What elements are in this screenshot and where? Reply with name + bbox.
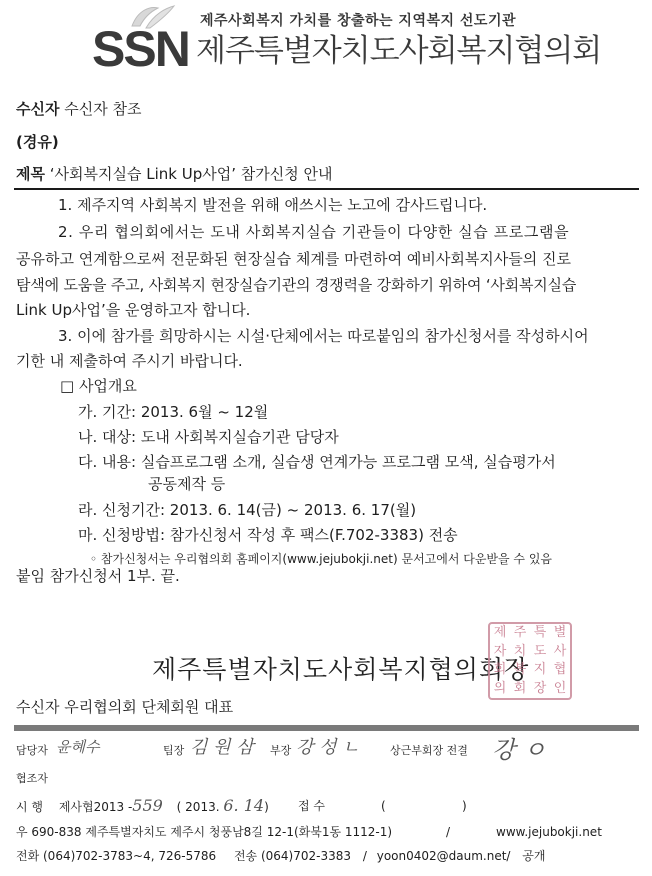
subject-value: ‘사회복지실습 Link Up사업’ 참가신청 안내 (50, 165, 333, 183)
official-seal-stamp: 제 주 특 별 자 치 도 사 회 복 지 협 의 회 장 인 (488, 622, 572, 700)
overview-item-application-period: 라. 신청기간: 2013. 6. 14(금) ~ 2013. 6. 17(월) (78, 500, 416, 520)
vp-signature: 강 ㅇ (492, 730, 546, 765)
staff-signature: 윤혜수 (56, 736, 99, 757)
disclosure-status: 공개 (522, 849, 545, 863)
enforcement-number: 제사협2013 - (59, 800, 132, 814)
stamp-char: 도 (530, 643, 550, 662)
contact-row: 전화 (064)702-3783~4, 726-5786 전송 (064)702… (16, 846, 646, 866)
paragraph-2-line-2: 공유하고 연계함으로써 전문화된 현장실습 체계를 마련하여 예비사회복지사들의… (16, 249, 571, 269)
stamp-char: 의 (490, 680, 510, 699)
ssn-logo: SSN (92, 24, 189, 74)
staff-label: 담당자 (16, 742, 48, 758)
subject-row: 제목 ‘사회복지실습 Link Up사업’ 참가신청 안내 (16, 164, 332, 184)
fax-number: 전송 (064)702-3383 (234, 849, 351, 863)
paragraph-1: 1. 제주지역 사회복지 발전을 위해 애쓰시는 노고에 감사드립니다. (58, 195, 487, 215)
dept-head-signature: 강 성 ㄴ (296, 733, 360, 759)
overview-heading: □ 사업개요 (60, 376, 137, 396)
stamp-char: 특 (530, 624, 550, 643)
cooperator-label: 협조자 (16, 770, 48, 786)
address-row: 우 690-838 제주특별자치도 제주시 청풍남8길 12-1(화북1동 11… (16, 822, 646, 842)
stamp-char: 회 (510, 680, 530, 699)
dept-head-label: 부장 (270, 742, 291, 758)
attachment-line: 붙임 참가신청서 1부. 끝. (16, 566, 180, 586)
paragraph-2-line-1: 2. 우리 협의회에서는 도내 사회복지실습 기관들이 다양한 실습 프로그램을 (58, 222, 569, 242)
enforcement-date-handwritten: 6. 14 (223, 796, 264, 815)
vp-label: 상근부회장 전결 (390, 742, 468, 758)
enforcement-date-suffix: ) (264, 800, 269, 814)
stamp-char: 치 (510, 643, 530, 662)
stamp-char: 협 (550, 661, 570, 680)
phone-number: 전화 (064)702-3783~4, 726-5786 (16, 849, 216, 863)
contact-separator: / (363, 849, 367, 863)
stamp-char: 복 (510, 661, 530, 680)
team-lead-label: 팀장 (163, 742, 184, 758)
enforcement-row: 시 행 제사협2013 -559 ( 2013. 6. 14) 접 수 ( ) (16, 796, 646, 817)
stamp-char: 주 (510, 624, 530, 643)
organization-name: 제주특별자치도사회복지협의회 (196, 32, 601, 70)
postal-address: 우 690-838 제주특별자치도 제주시 청풍남8길 12-1(화북1동 11… (16, 825, 392, 839)
overview-item-target: 나. 대상: 도내 사회복지실습기관 담당자 (78, 427, 339, 447)
enforcement-number-handwritten: 559 (132, 796, 163, 815)
paragraph-2-line-4: Link Up사업’을 운영하고자 합니다. (16, 300, 250, 320)
overview-item-application-method: 마. 신청방법: 참가신청서 작성 후 팩스(F.702-3383) 전송 (78, 525, 458, 545)
stamp-char: 지 (530, 661, 550, 680)
sender-title: 제주특별자치도사회복지협의회장 (152, 650, 529, 686)
header-slogan: 제주사회복지 가치를 창출하는 지역복지 선도기관 (200, 10, 516, 30)
recipient-label: 수신자 (16, 100, 59, 118)
stamp-char: 자 (490, 643, 510, 662)
team-lead-signature: 김 원 삼 (190, 733, 254, 759)
recipient-row: 수신자 수신자 참조 (16, 99, 141, 119)
enforcement-label: 시 행 (16, 800, 43, 814)
receipt-value: ( ) (381, 796, 467, 816)
stamp-char: 회 (490, 661, 510, 680)
stamp-char: 사 (550, 643, 570, 662)
recipient-value: 수신자 참조 (64, 100, 141, 118)
recipients-line: 수신자 우리협의회 단체회원 대표 (16, 697, 233, 717)
paragraph-3-line-2: 기한 내 제출하여 주시기 바랍니다. (16, 351, 243, 371)
via-label: (경유) (16, 132, 59, 152)
receipt-label: 접 수 (298, 796, 325, 816)
overview-item-content: 다. 내용: 실습프로그램 소개, 실습생 연계가능 프로그램 모색, 실습평가… (78, 452, 556, 472)
email-link[interactable]: yoon0402@daum.net/ (377, 849, 511, 863)
website-link[interactable]: www.jejubokji.net (496, 822, 602, 842)
overview-item-period: 가. 기간: 2013. 6월 ~ 12월 (78, 402, 268, 422)
address-separator: / (446, 822, 450, 842)
paragraph-3-line-1: 3. 이에 참가를 희망하시는 시설·단체에서는 따로붙임의 참가신청서를 작성… (58, 326, 589, 346)
stamp-char: 장 (530, 680, 550, 699)
overview-item-content-cont: 공동제작 등 (148, 474, 225, 494)
stamp-char: 인 (550, 680, 570, 699)
subject-divider (14, 188, 639, 190)
enforcement-date-prefix: ( 2013. (177, 800, 220, 814)
subject-label: 제목 (16, 165, 45, 183)
stamp-char: 별 (550, 624, 570, 643)
stamp-char: 제 (490, 624, 510, 643)
paragraph-2-line-3: 탐색에 도움을 주고, 사회복지 현장실습기관의 경쟁력을 강화하기 위하여 ‘… (16, 275, 576, 295)
